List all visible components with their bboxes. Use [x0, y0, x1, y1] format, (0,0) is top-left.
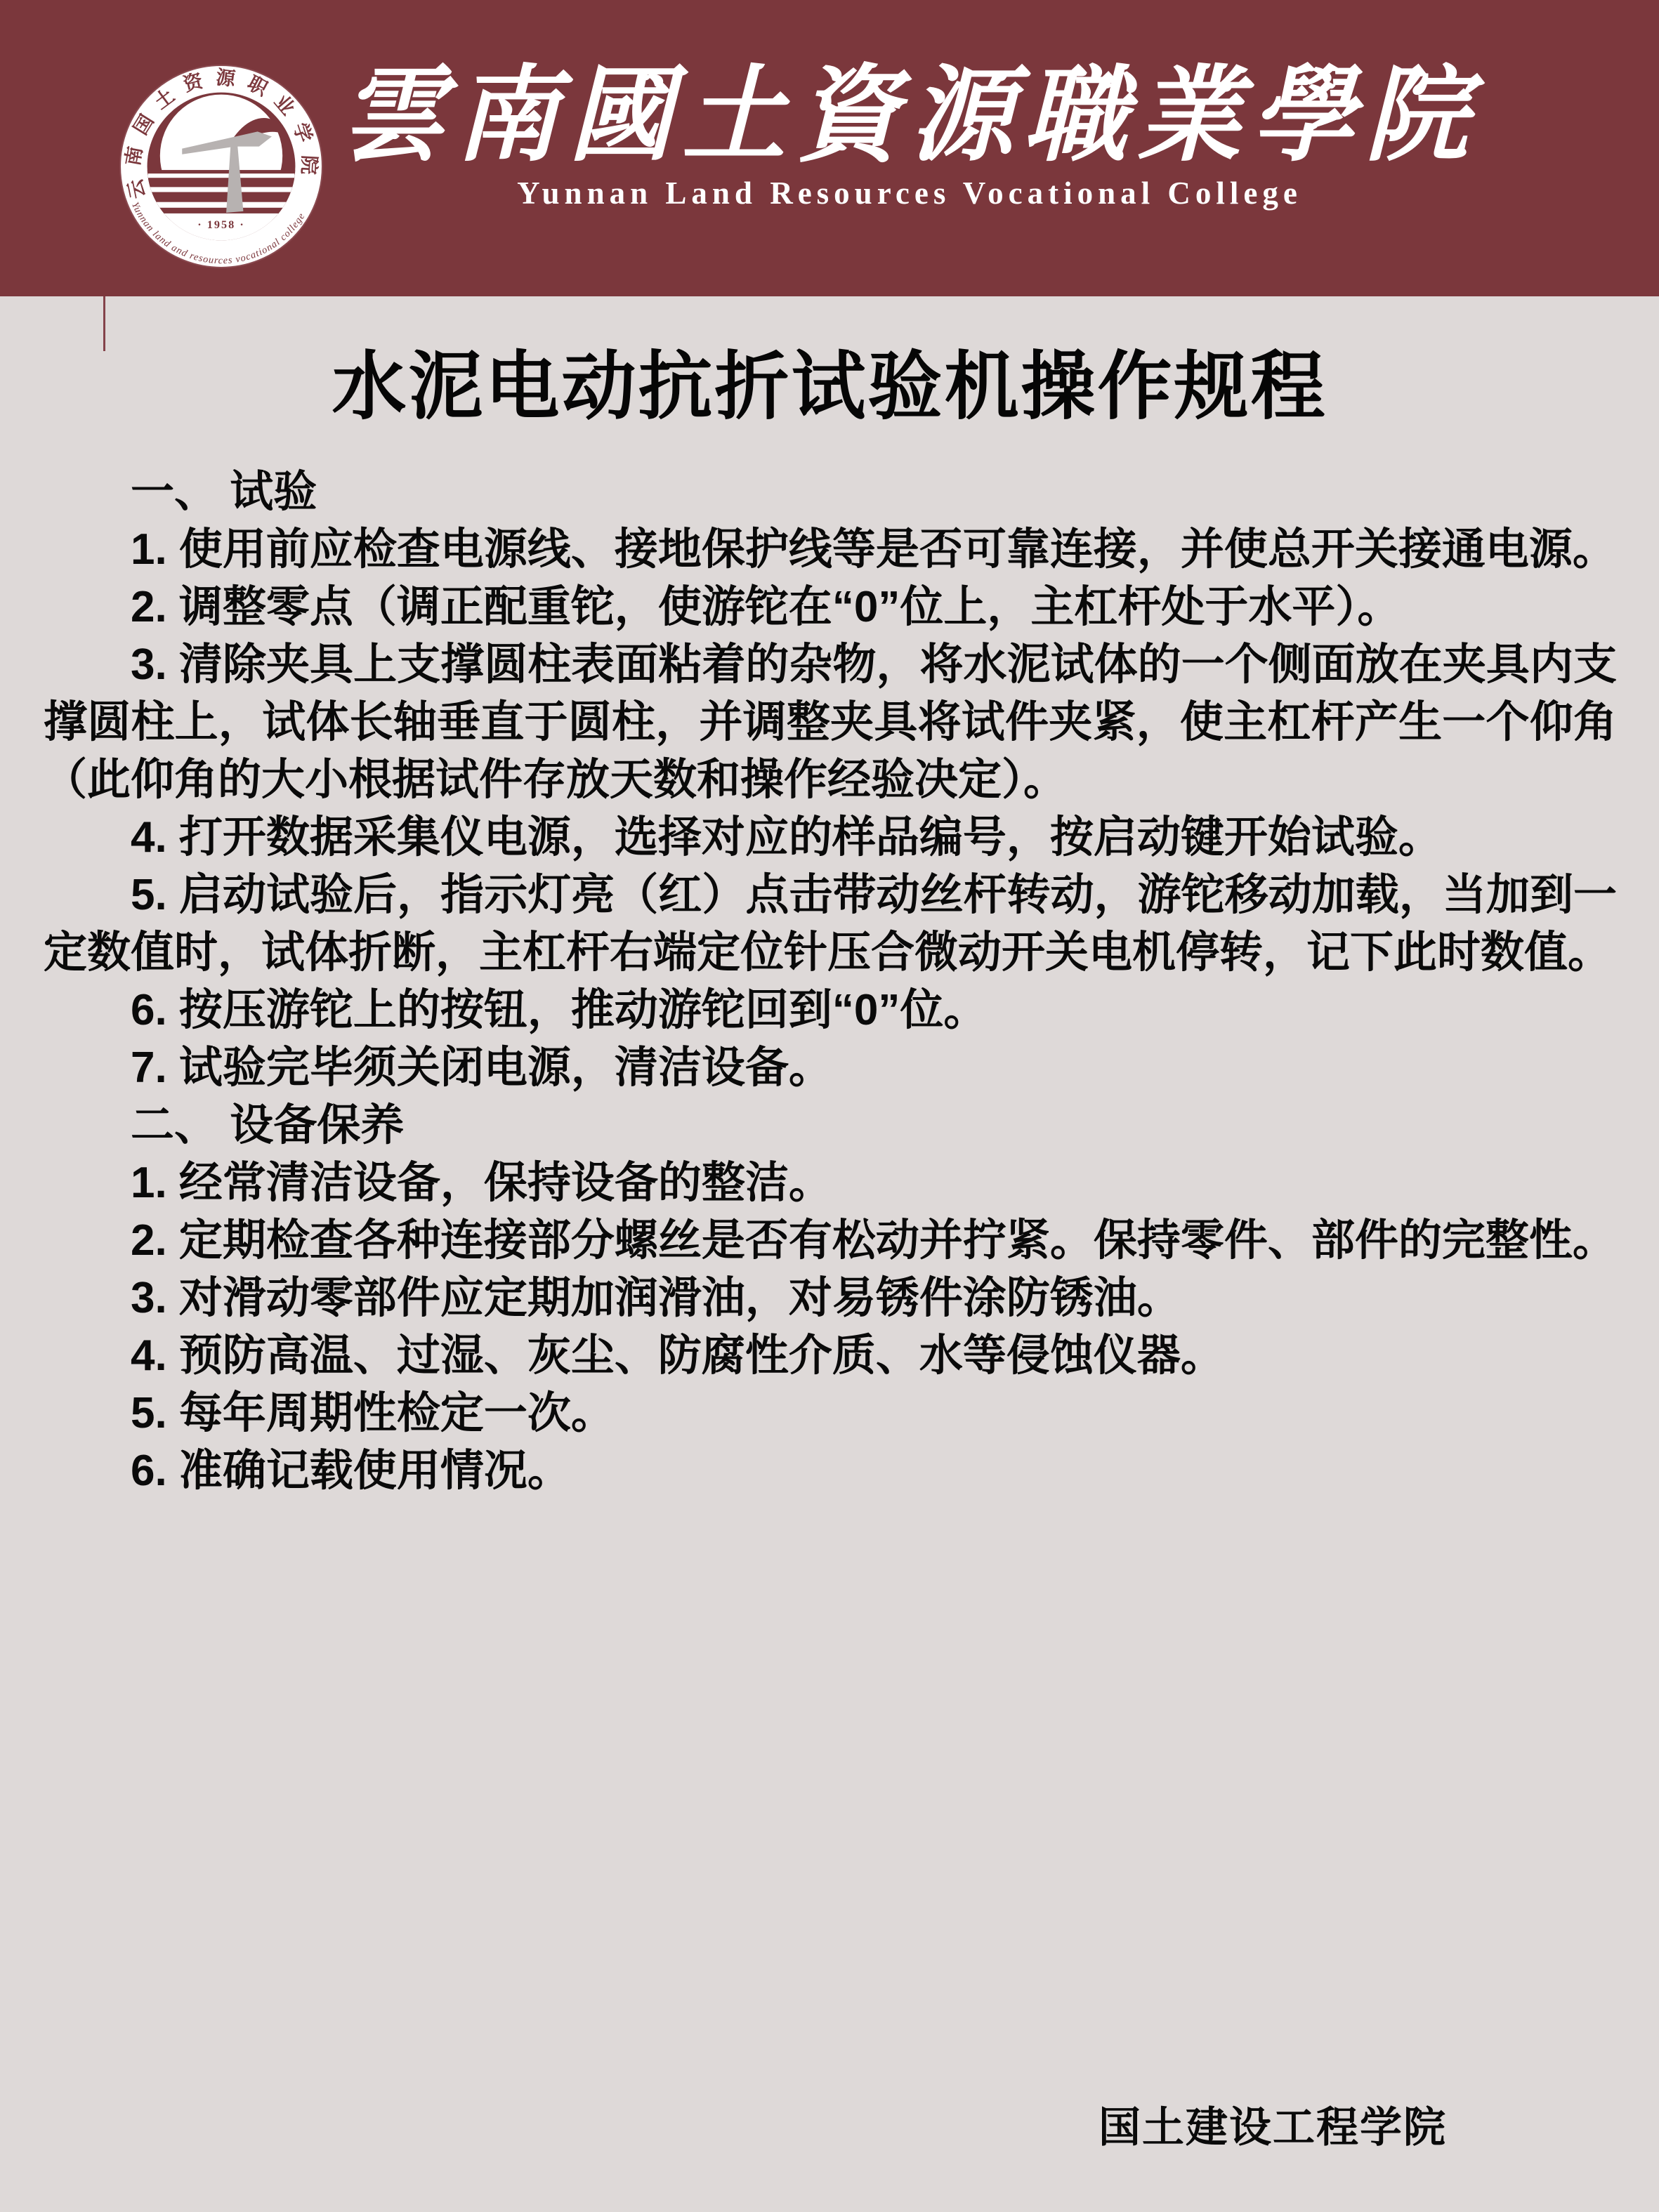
college-seal-icon: 云南国土资源职业学院 Yunnan land and resources voc… [118, 63, 324, 270]
procedure-paragraph: 2. 定期检查各种连接部分螺丝是否有松动并拧紧。保持零件、部件的完整性。 [44, 1212, 1617, 1270]
seal-stripe [148, 173, 295, 178]
seal-year-label: · 1958 · [197, 218, 245, 231]
procedure-paragraph: 3. 对滑动零部件应定期加润滑油，对易锈件涂防锈油。 [44, 1270, 1617, 1327]
procedure-paragraph: 1. 使用前应检查电源线、接地保护线等是否可靠连接，并使总开关接通电源。 [44, 521, 1617, 579]
header-banner: 云南国土资源职业学院 Yunnan land and resources voc… [0, 0, 1659, 296]
procedure-paragraph: 5. 启动试验后，指示灯亮（红）点击带动丝杆转动，游铊移动加载，当加到一定数值时… [44, 867, 1617, 982]
seal-stripe [148, 202, 295, 208]
college-name-english: Yunnan Land Resources Vocational College [330, 175, 1489, 211]
procedure-paragraph: 1. 经常清洁设备，保持设备的整洁。 [44, 1154, 1617, 1212]
procedure-paragraph: 4. 打开数据采集仪电源，选择对应的样品编号，按启动键开始试验。 [44, 809, 1617, 867]
college-name-chinese: 雲南國土資源職業學院 [330, 62, 1489, 168]
procedure-paragraph: 5. 每年周期性检定一次。 [44, 1385, 1617, 1442]
procedure-text: 一、 试验1. 使用前应检查电源线、接地保护线等是否可靠连接，并使总开关接通电源… [44, 463, 1617, 1500]
procedure-paragraph: 6. 准确记载使用情况。 [44, 1442, 1617, 1500]
document-body: 水泥电动抗折试验机操作规程 一、 试验1. 使用前应检查电源线、接地保护线等是否… [0, 296, 1659, 2212]
procedure-paragraph: 4. 预防高温、过湿、灰尘、防腐性介质、水等侵蚀仪器。 [44, 1327, 1617, 1385]
procedure-paragraph: 7. 试验完毕须关闭电源，清洁设备。 [44, 1039, 1617, 1097]
procedure-paragraph: 3. 清除夹具上支撑圆柱表面粘着的杂物，将水泥试体的一个侧面放在夹具内支撑圆柱上… [44, 636, 1617, 809]
poster-page: 云南国土资源职业学院 Yunnan land and resources voc… [0, 0, 1659, 2212]
signature-department: 国土建设工程学院 [1099, 2094, 1447, 2154]
page-title: 水泥电动抗折试验机操作规程 [0, 327, 1659, 434]
seal-stripe [148, 187, 295, 192]
procedure-paragraph: 一、 试验 [44, 463, 1617, 521]
procedure-paragraph: 6. 按压游铊上的按钮，推动游铊回到“0”位。 [44, 982, 1617, 1039]
college-brand: 雲南國土資源職業學院 Yunnan Land Resources Vocatio… [330, 62, 1489, 211]
procedure-paragraph: 二、 设备保养 [44, 1097, 1617, 1154]
procedure-paragraph: 2. 调整零点（调正配重铊，使游铊在“0”位上，主杠杆处于水平）。 [44, 579, 1617, 636]
